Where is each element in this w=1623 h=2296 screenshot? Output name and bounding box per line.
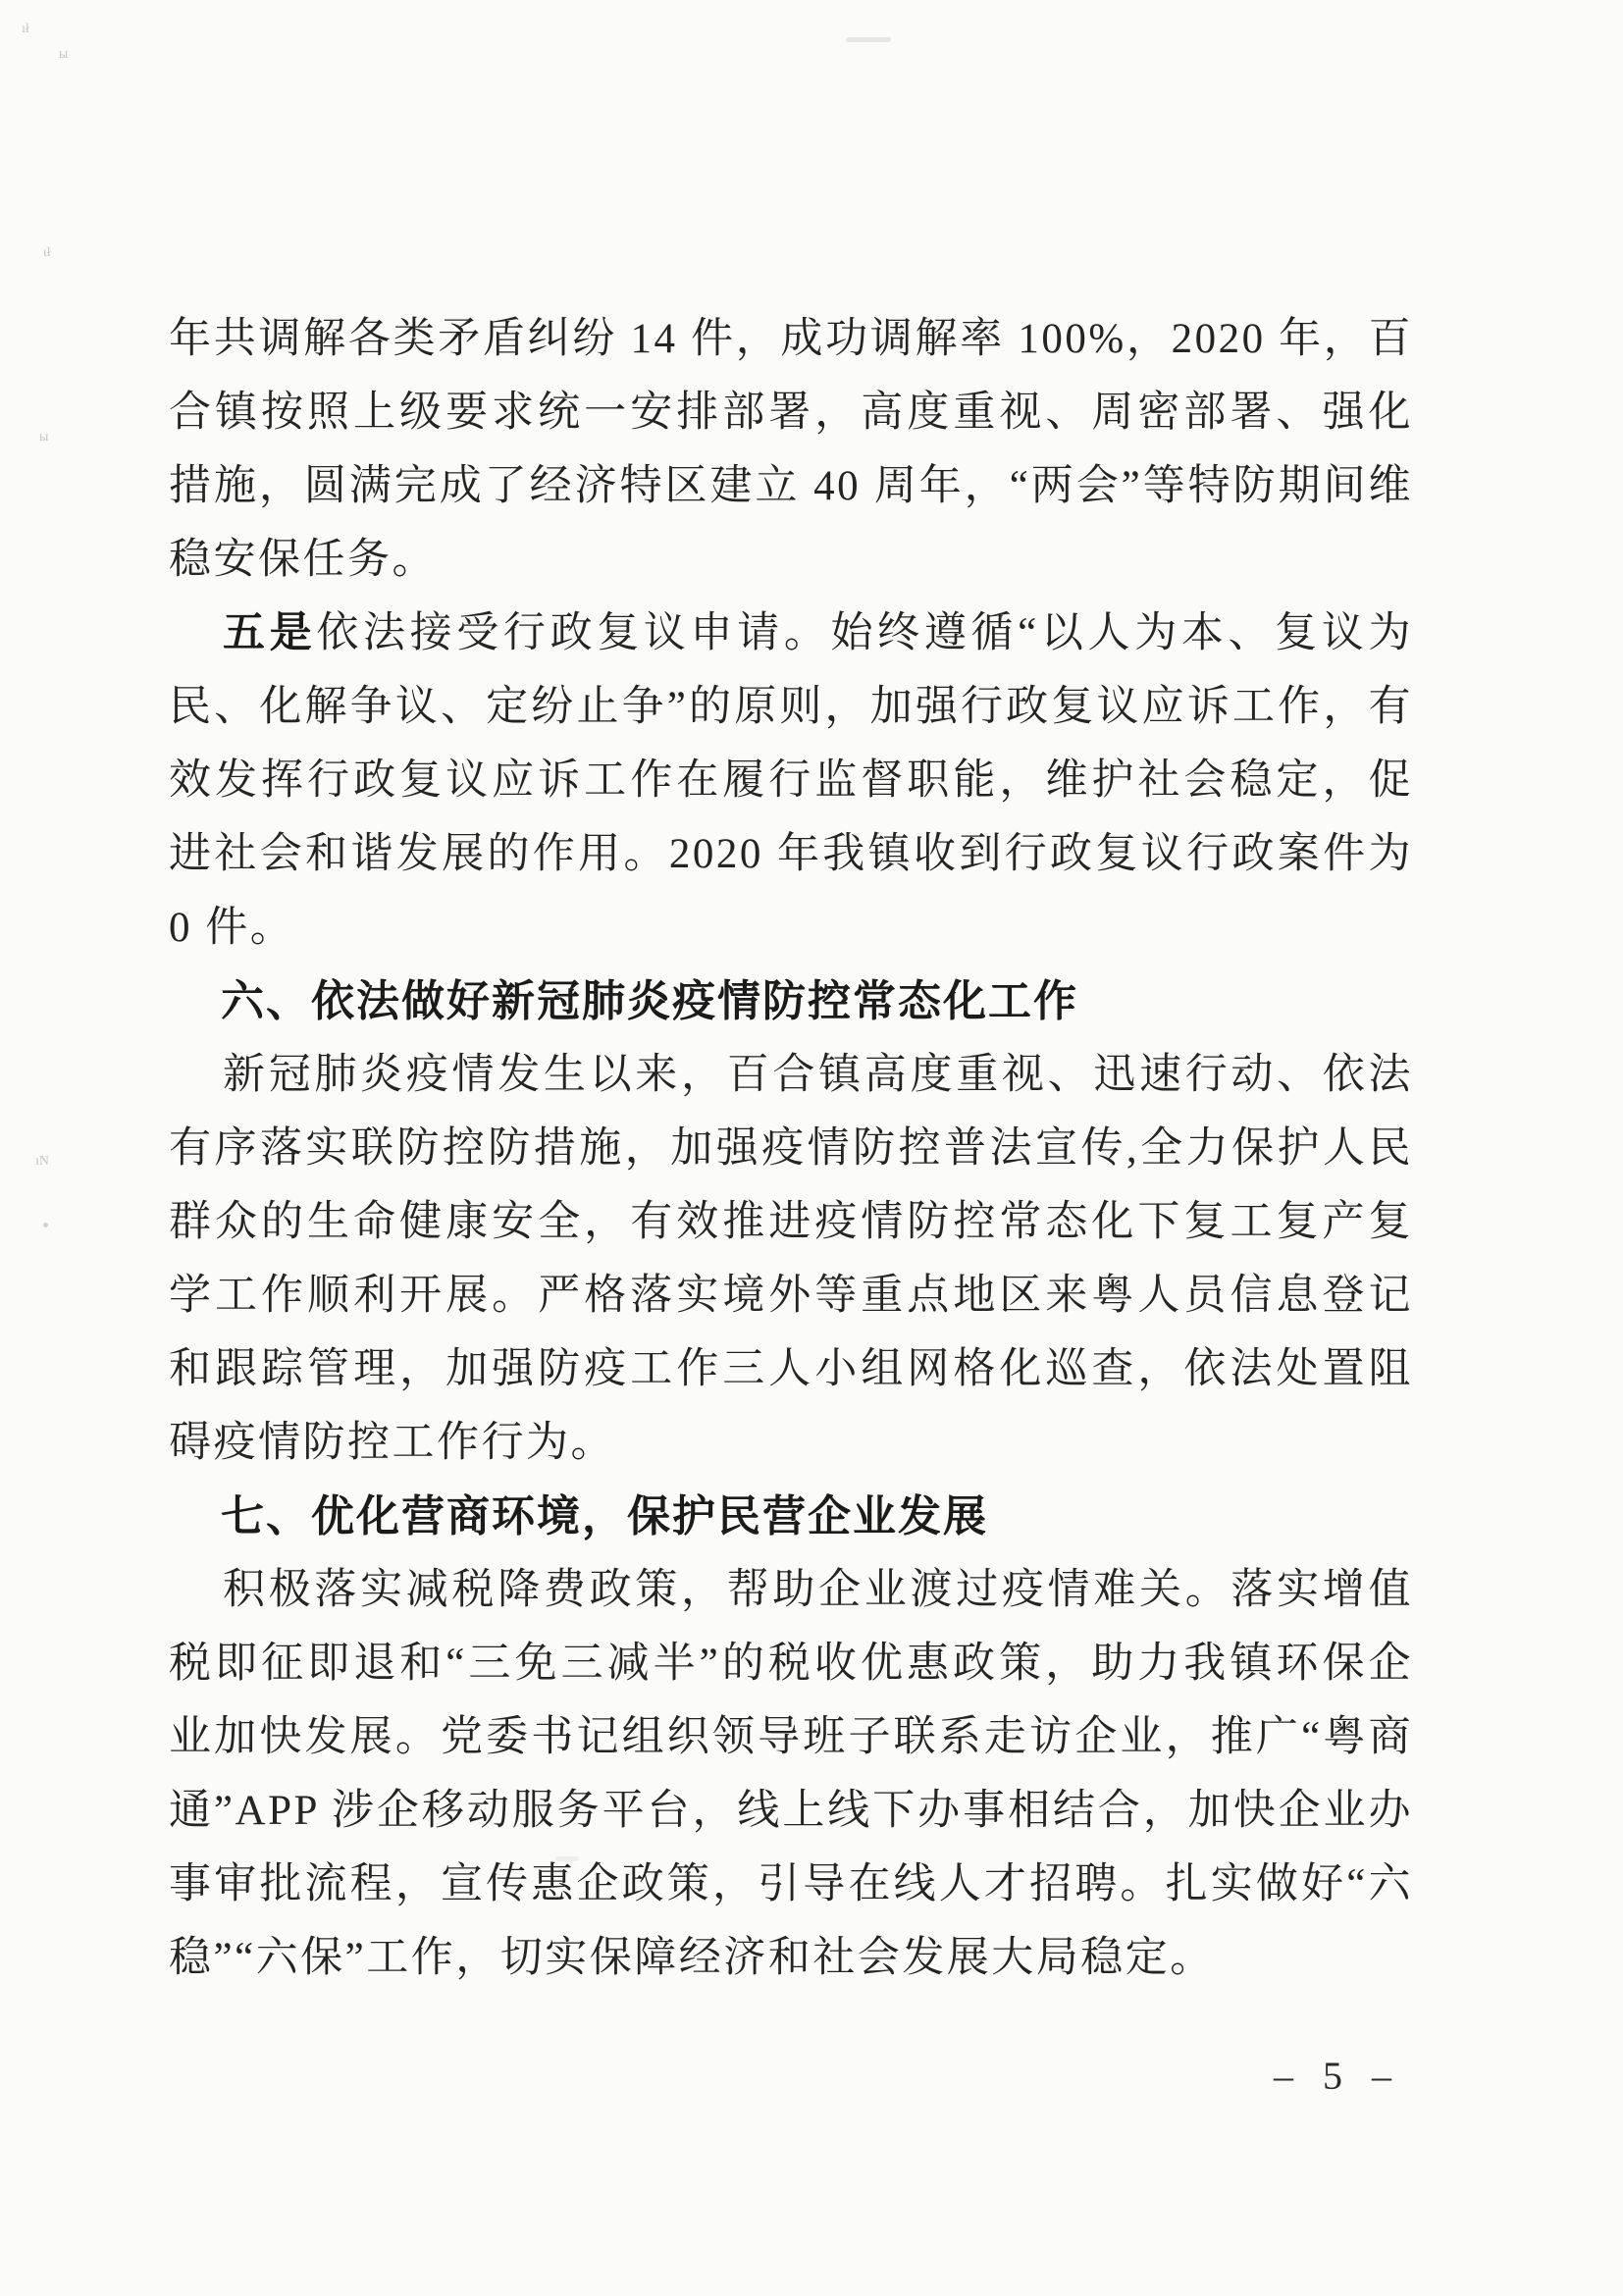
paragraph-continuation: 年共调解各类矛盾纠纷 14 件，成功调解率 100%，2020 年，百合镇按照上… [169,302,1413,597]
scan-artifact: ы [59,47,68,63]
section-heading-seven: 七、优化营商环境，保护民营企业发展 [169,1480,1413,1553]
scan-artifact: ıΝ [35,1154,49,1170]
paragraph-epidemic-control: 新冠肺炎疫情发生以来，百合镇高度重视、迅速行动、依法有序落实联防控防措施，加强疫… [169,1038,1413,1480]
paragraph-lead-bold: 五是 [223,609,316,656]
scan-artifact: ы [39,430,48,445]
scan-artifact: ιł [43,245,51,261]
scanned-document-page: ıł ы ιł ы ıΝ 年共调解各类矛盾纠纷 14 件，成功调解率 100%，… [0,0,1623,2296]
document-content: 年共调解各类矛盾纠纷 14 件，成功调解率 100%，2020 年，百合镇按照上… [169,302,1413,1995]
paragraph-admin-review: 五是依法接受行政复议申请。始终遵循“以人为本、复议为民、化解争议、定纷止争”的原… [169,597,1413,965]
section-heading-six: 六、依法做好新冠肺炎疫情防控常态化工作 [169,965,1413,1038]
page-number: – 5 – [1274,2053,1401,2099]
scan-artifact: ıł [22,22,29,37]
scan-artifact [43,1223,48,1227]
paragraph-business-environment: 积极落实减税降费政策，帮助企业渡过疫情难关。落实增值税即征即退和“三免三减半”的… [169,1553,1413,1995]
scan-artifact [846,37,891,42]
paragraph-body-text: 依法接受行政复议申请。始终遵循“以人为本、复议为民、化解争议、定纷止争”的原则，… [169,610,1413,951]
